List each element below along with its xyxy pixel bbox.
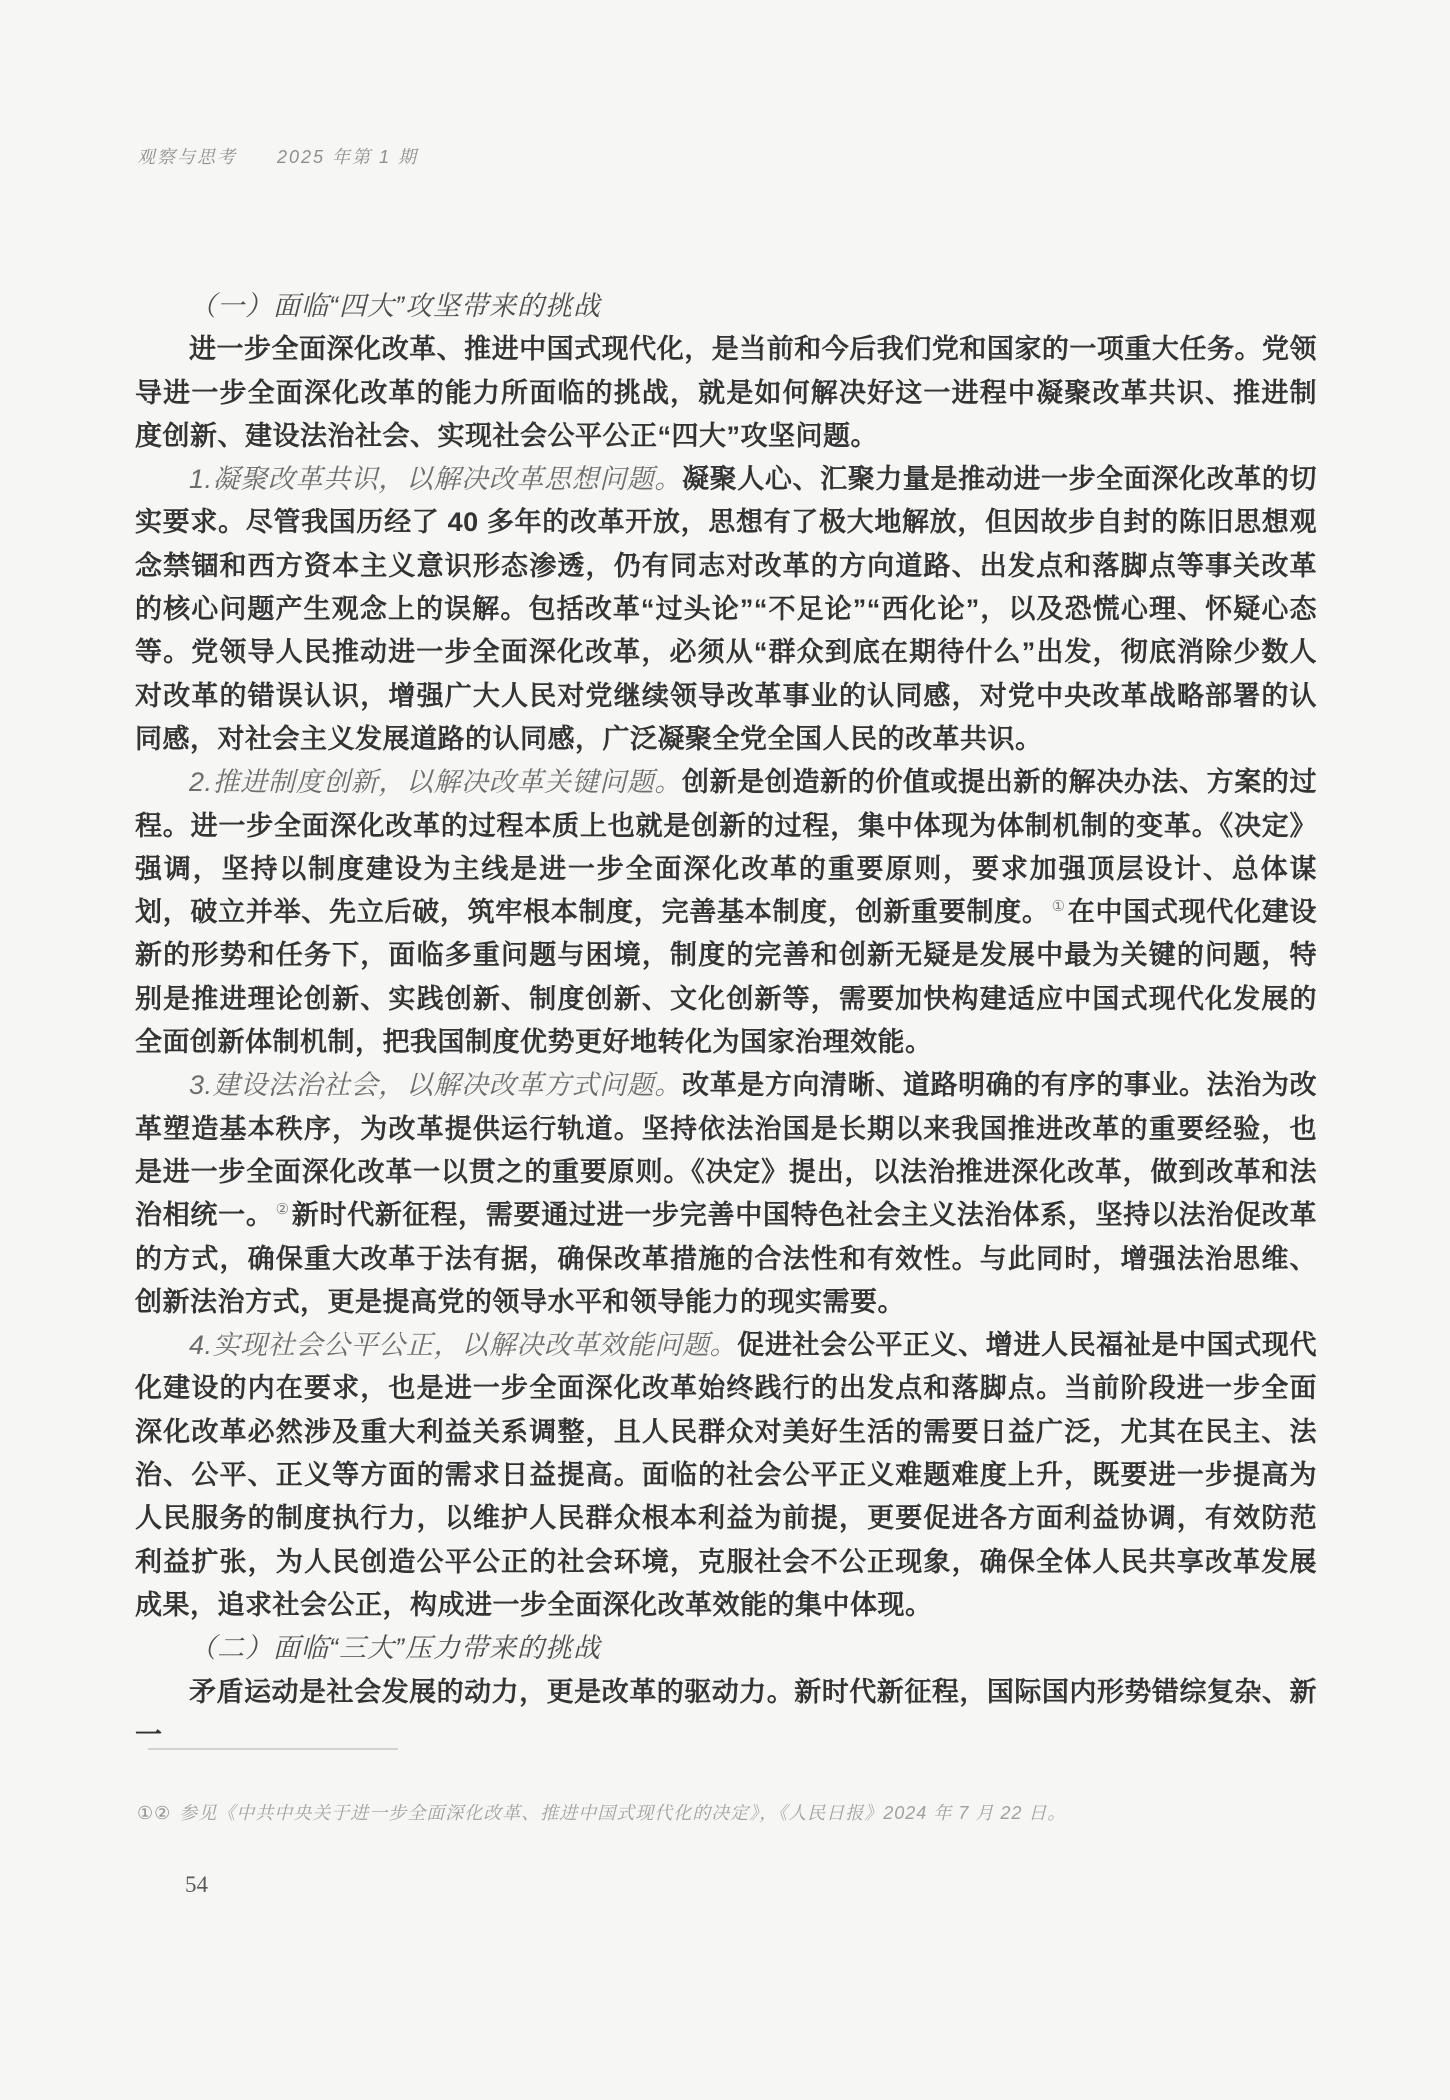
running-head: 观察与思考 2025 年第 1 期 [137, 143, 418, 169]
journal-page: 观察与思考 2025 年第 1 期 （一）面临“四大”攻坚带来的挑战 进一步全面… [0, 0, 1450, 2100]
paragraph-rule-of-law-text-b: 新时代新征程，需要通过进一步完善中国特色社会主义法治体系，坚持以法治促改革的方式… [135, 1200, 1317, 1317]
paragraph-intro-text: 进一步全面深化改革、推进中国式现代化，是当前和今后我们党和国家的一项重大任务。党… [135, 334, 1317, 451]
footnote-marks: ①② [137, 1803, 171, 1823]
paragraph-institution-lead: 2.推进制度创新，以解决改革关键问题。 [189, 767, 682, 797]
paragraph-fairness: 4.实现社会公平公正，以解决改革效能问题。促进社会公平正义、增进人民福祉是中国式… [135, 1324, 1317, 1627]
paragraph-consensus: 1.凝聚改革共识，以解决改革思想问题。凝聚人心、汇聚力量是推动进一步全面深化改革… [135, 458, 1317, 761]
footnote-ref-1: ① [1052, 898, 1066, 915]
paragraph-consensus-text: 凝聚人心、汇聚力量是推动进一步全面深化改革的切实要求。尽管我国历经了 40 多年… [135, 464, 1317, 754]
section-heading-1: （一）面临“四大”攻坚带来的挑战 [135, 285, 1317, 328]
article-body: （一）面临“四大”攻坚带来的挑战 进一步全面深化改革、推进中国式现代化，是当前和… [135, 285, 1317, 1757]
paragraph-closing-text: 矛盾运动是社会发展的动力，更是改革的驱动力。新时代新征程，国际国内形势错综复杂、… [135, 1677, 1317, 1750]
page-number: 54 [185, 1872, 208, 1898]
section-heading-2: （二）面临“三大”压力带来的挑战 [135, 1627, 1317, 1670]
paragraph-fairness-lead: 4.实现社会公平公正，以解决改革效能问题。 [189, 1330, 737, 1360]
paragraph-closing: 矛盾运动是社会发展的动力，更是改革的驱动力。新时代新征程，国际国内形势错综复杂、… [135, 1671, 1317, 1758]
paragraph-consensus-lead: 1.凝聚改革共识，以解决改革思想问题。 [189, 464, 682, 494]
paragraph-rule-of-law: 3.建设法治社会，以解决改革方式问题。改革是方向清晰、道路明确的有序的事业。法治… [135, 1064, 1317, 1324]
footnote: ①②参见《中共中央关于进一步全面深化改革、推进中国式现代化的决定》，《人民日报》… [137, 1800, 1237, 1826]
paragraph-fairness-text: 促进社会公平正义、增进人民福祉是中国式现代化建设的内在要求，也是进一步全面深化改… [135, 1330, 1317, 1620]
paragraph-intro: 进一步全面深化改革、推进中国式现代化，是当前和今后我们党和国家的一项重大任务。党… [135, 328, 1317, 458]
footnote-ref-2: ② [276, 1201, 290, 1218]
paragraph-rule-of-law-lead: 3.建设法治社会，以解决改革方式问题。 [189, 1070, 682, 1100]
footnote-text: 参见《中共中央关于进一步全面深化改革、推进中国式现代化的决定》，《人民日报》20… [179, 1803, 1066, 1823]
paragraph-institution: 2.推进制度创新，以解决改革关键问题。创新是创造新的价值或提出新的解决办法、方案… [135, 761, 1317, 1064]
footnote-separator [148, 1748, 398, 1750]
